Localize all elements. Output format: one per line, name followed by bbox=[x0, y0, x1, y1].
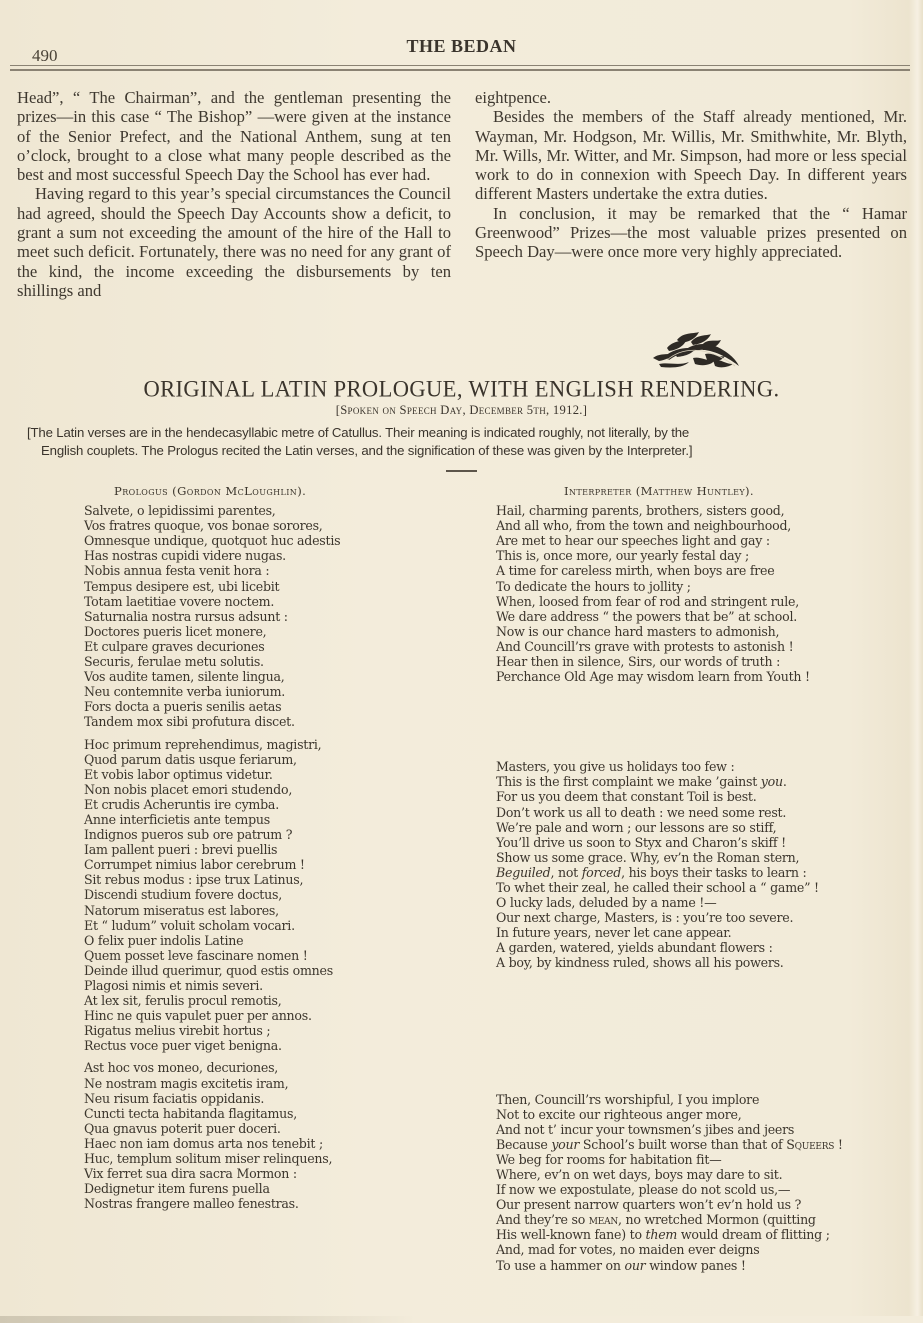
speaker-heading: Prologus (Gordon McLoughlin). bbox=[114, 484, 340, 499]
verse-line: Indignos pueros sub ore patrum ? bbox=[84, 827, 340, 842]
verse-line: A garden, watered, yields abundant flowe… bbox=[496, 940, 843, 955]
verse-line: Discendi studium fovere doctus, bbox=[84, 887, 340, 902]
verse-line: And all who, from the town and neighbour… bbox=[496, 518, 843, 533]
verse-line: Tempus desipere est, ubi licebit bbox=[84, 579, 340, 594]
verse-line: Has nostras cupidi videre nugas. bbox=[84, 548, 340, 563]
verse-line: Doctores pueris licet monere, bbox=[84, 624, 340, 639]
verse-line: Corrumpet nimius labor cerebrum ! bbox=[84, 857, 340, 872]
verse-line: Ne nostram magis excitetis iram, bbox=[84, 1076, 340, 1091]
verse-line: Neu contemnite verba iuniorum. bbox=[84, 684, 340, 699]
verse-line: Fors docta a pueris senilis aetas bbox=[84, 699, 340, 714]
latin-verse-column: Prologus (Gordon McLoughlin). Salvete, o… bbox=[84, 484, 340, 1211]
section-subtitle: [Spoken on Speech Day, December 5th, 191… bbox=[0, 403, 923, 418]
section-divider bbox=[446, 470, 477, 472]
verse-line: Where, ev’n on wet days, boys may dare t… bbox=[496, 1167, 843, 1182]
note-line: [The Latin verses are in the hendecasyll… bbox=[27, 424, 907, 442]
verse-line: This is, once more, our yearly festal da… bbox=[496, 548, 843, 563]
verse-line: Totam laetitiae vovere noctem. bbox=[84, 594, 340, 609]
paragraph: Besides the members of the Staff already… bbox=[475, 107, 907, 203]
verse-line: And they’re so mean, no wretched Mormon … bbox=[496, 1212, 843, 1227]
verse-line: A boy, by kindness ruled, shows all his … bbox=[496, 955, 843, 970]
verse-line: Nostras frangere malleo fenestras. bbox=[84, 1196, 340, 1211]
verse-line: Are met to hear our speeches light and g… bbox=[496, 533, 843, 548]
verse-line: And Councill’rs grave with protests to a… bbox=[496, 639, 843, 654]
english-stanza-3: Then, Councill’rs worshipful, I you impl… bbox=[496, 1092, 843, 1273]
acanthus-leaf-ornament-icon bbox=[645, 328, 745, 370]
page-edge-shadow bbox=[909, 0, 923, 1323]
running-title: THE BEDAN bbox=[0, 36, 923, 57]
verse-line: Vos audite tamen, silente lingua, bbox=[84, 669, 340, 684]
verse-line: In future years, never let cane appear. bbox=[496, 925, 843, 940]
verse-line: Rigatus melius virebit hortus ; bbox=[84, 1023, 340, 1038]
latin-stanza-3: Ast hoc vos moneo, decuriones,Ne nostram… bbox=[84, 1060, 340, 1211]
verse-line: Omnesque undique, quotquot huc adestis bbox=[84, 533, 340, 548]
verse-line: Rectus voce puer viget benigna. bbox=[84, 1038, 340, 1053]
verse-line: Haec non iam domus arta nos tenebit ; bbox=[84, 1136, 340, 1151]
latin-stanza-2: Hoc primum reprehendimus, magistri,Quod … bbox=[84, 737, 340, 1054]
english-stanza-2: Masters, you give us holidays too few :T… bbox=[496, 759, 843, 970]
verse-line: Not to excite our righteous anger more, bbox=[496, 1107, 843, 1122]
verse-line: Tandem mox sibi profutura discet. bbox=[84, 714, 340, 729]
verse-line: Natorum miseratus est labores, bbox=[84, 903, 340, 918]
verse-line: Quod parum datis usque feriarum, bbox=[84, 752, 340, 767]
article-left-column: Head”, “ The Chairman”, and the gentlema… bbox=[17, 88, 451, 300]
paragraph: In conclusion, it may be remarked that t… bbox=[475, 204, 907, 262]
verse-line: Show us some grace. Why, ev’n the Roman … bbox=[496, 850, 843, 865]
paragraph: eightpence. bbox=[475, 88, 907, 107]
verse-line: Sit rebus modus : ipse trux Latinus, bbox=[84, 872, 340, 887]
verse-line: If now we expostulate, please do not sco… bbox=[496, 1182, 843, 1197]
verse-line: Our present narrow quarters won’t ev’n h… bbox=[496, 1197, 843, 1212]
verse-line: Vos fratres quoque, vos bonae sorores, bbox=[84, 518, 340, 533]
verse-line: To use a hammer on our window panes ! bbox=[496, 1258, 843, 1273]
verse-line: And, mad for votes, no maiden ever deign… bbox=[496, 1242, 843, 1257]
verse-line: Nobis annua festa venit hora : bbox=[84, 563, 340, 578]
note-line: English couplets. The Prologus recited t… bbox=[27, 442, 907, 460]
section-title: ORIGINAL LATIN PROLOGUE, WITH ENGLISH RE… bbox=[0, 375, 923, 402]
verse-line: We dare address “ the powers that be” at… bbox=[496, 609, 843, 624]
verse-line: Ast hoc vos moneo, decuriones, bbox=[84, 1060, 340, 1075]
verse-line: To dedicate the hours to jollity ; bbox=[496, 579, 843, 594]
verse-line: Neu risum faciatis oppidanis. bbox=[84, 1091, 340, 1106]
paragraph: Having regard to this year’s special cir… bbox=[17, 184, 451, 300]
verse-line: Huc, templum solitum miser relinquens, bbox=[84, 1151, 340, 1166]
verse-line: Et “ ludum” voluit scholam vocari. bbox=[84, 918, 340, 933]
speaker-heading: Interpreter (Matthew Huntley). bbox=[564, 484, 843, 499]
verse-line: Saturnalia nostra rursus adsunt : bbox=[84, 609, 340, 624]
verse-line: Because your School’s built worse than t… bbox=[496, 1137, 843, 1152]
verse-line: Salvete, o lepidissimi parentes, bbox=[84, 503, 340, 518]
editorial-note: [The Latin verses are in the hendecasyll… bbox=[27, 424, 907, 460]
verse-line: You’ll drive us soon to Styx and Charon’… bbox=[496, 835, 843, 850]
verse-line: Hinc ne quis vapulet puer per annos. bbox=[84, 1008, 340, 1023]
verse-line: When, loosed from fear of rod and string… bbox=[496, 594, 843, 609]
paragraph: Head”, “ The Chairman”, and the gentlema… bbox=[17, 88, 451, 184]
verse-line: Now is our chance hard masters to admoni… bbox=[496, 624, 843, 639]
english-verse-column: Interpreter (Matthew Huntley). Hail, cha… bbox=[496, 484, 843, 1273]
verse-line: O lucky lads, deluded by a name !— bbox=[496, 895, 843, 910]
verse-line: Perchance Old Age may wisdom learn from … bbox=[496, 669, 843, 684]
verse-line: A time for careless mirth, when boys are… bbox=[496, 563, 843, 578]
verse-line: Et culpare graves decuriones bbox=[84, 639, 340, 654]
verse-line: At lex sit, ferulis procul remotis, bbox=[84, 993, 340, 1008]
verse-line: We beg for rooms for habitation fit— bbox=[496, 1152, 843, 1167]
verse-line: Iam pallent pueri : brevi puellis bbox=[84, 842, 340, 857]
verse-line: O felix puer indolis Latine bbox=[84, 933, 340, 948]
verse-line: Et crudis Acheruntis ire cymba. bbox=[84, 797, 340, 812]
page-bottom-edge bbox=[0, 1316, 923, 1323]
verse-line: And not t’ incur your townsmen’s jibes a… bbox=[496, 1122, 843, 1137]
verse-line: Our next charge, Masters, is : you’re to… bbox=[496, 910, 843, 925]
page-header: 490 THE BEDAN bbox=[0, 30, 923, 70]
verse-line: Hail, charming parents, brothers, sister… bbox=[496, 503, 843, 518]
verse-line: Et vobis labor optimus videtur. bbox=[84, 767, 340, 782]
verse-line: For us you deem that constant Toil is be… bbox=[496, 789, 843, 804]
verse-line: Anne interficietis ante tempus bbox=[84, 812, 340, 827]
verse-line: Beguiled, not forced, his boys their tas… bbox=[496, 865, 843, 880]
verse-line: To whet their zeal, he called their scho… bbox=[496, 880, 843, 895]
english-stanza-1: Hail, charming parents, brothers, sister… bbox=[496, 503, 843, 684]
verse-line: Dedignetur item furens puella bbox=[84, 1181, 340, 1196]
header-double-rule bbox=[10, 65, 910, 71]
article-right-column: eightpence. Besides the members of the S… bbox=[475, 88, 907, 262]
verse-line: Qua gnavus poterit puer doceri. bbox=[84, 1121, 340, 1136]
verse-line: Quem posset leve fascinare nomen ! bbox=[84, 948, 340, 963]
verse-line: Masters, you give us holidays too few : bbox=[496, 759, 843, 774]
verse-line: Then, Councill’rs worshipful, I you impl… bbox=[496, 1092, 843, 1107]
verse-line: Plagosi nimis et nimis severi. bbox=[84, 978, 340, 993]
verse-line: Non nobis placet emori studendo, bbox=[84, 782, 340, 797]
latin-stanza-1: Salvete, o lepidissimi parentes,Vos frat… bbox=[84, 503, 340, 729]
verse-line: Hear then in silence, Sirs, our words of… bbox=[496, 654, 843, 669]
verse-line: Hoc primum reprehendimus, magistri, bbox=[84, 737, 340, 752]
verse-line: Deinde illud querimur, quod estis omnes bbox=[84, 963, 340, 978]
verse-line: Don’t work us all to death : we need som… bbox=[496, 805, 843, 820]
verse-line: This is the first complaint we make ’gai… bbox=[496, 774, 843, 789]
verse-line: We’re pale and worn ; our lessons are so… bbox=[496, 820, 843, 835]
verse-line: Vix ferret sua dira sacra Mormon : bbox=[84, 1166, 340, 1181]
verse-line: Securis, ferulae metu solutis. bbox=[84, 654, 340, 669]
verse-line: His well-known fane) to them would dream… bbox=[496, 1227, 843, 1242]
verse-line: Cuncti tecta habitanda flagitamus, bbox=[84, 1106, 340, 1121]
